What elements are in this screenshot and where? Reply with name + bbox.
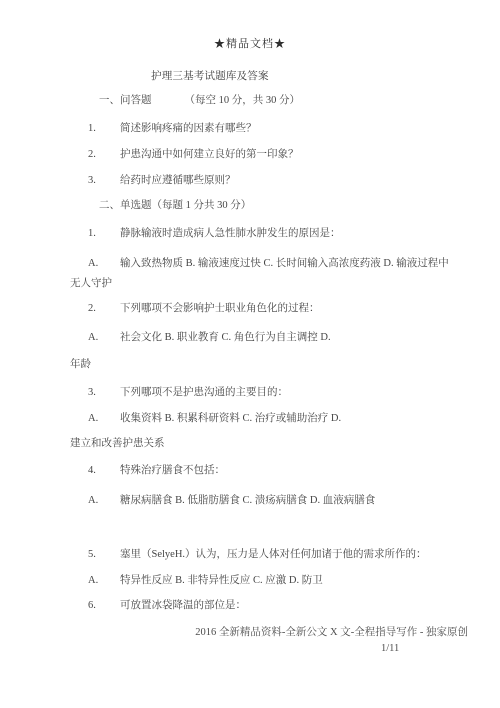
qa-question-3-number: 3. <box>88 174 120 188</box>
mc-question-1-options-continuation: 无人守护 <box>70 277 112 291</box>
mc-question-2-option-label: A. <box>88 331 120 345</box>
mc-question-1-number: 1. <box>88 227 120 241</box>
qa-question-1-number: 1. <box>88 122 120 136</box>
qa-question-2-number: 2. <box>88 148 120 162</box>
page-number: 1/11 <box>381 642 399 656</box>
qa-question-2-text: 护患沟通中如何建立良好的第一印象？ <box>120 149 299 160</box>
mc-question-5: 5.塞里（SelyeH.）认为，压力是人体对任何加诸于他的需求所作的： <box>88 548 427 562</box>
mc-question-2-options: A.社会文化 B. 职业教育 C. 角色行为自主调控 D. <box>88 331 331 345</box>
document-title: 护理三基考试题库及答案 <box>151 70 269 84</box>
mc-question-3-options-continuation: 建立和改善护患关系 <box>70 437 165 451</box>
qa-section-heading-label: 一、问答题 <box>99 95 152 106</box>
mc-question-4: 4.特殊治疗膳食不包括： <box>88 464 225 478</box>
mc-question-2-options-continuation: 年龄 <box>70 358 91 372</box>
qa-section-heading: 一、问答题（每空 10 分，共 30 分） <box>99 94 300 108</box>
watermark-header: ★精品文档★ <box>0 37 500 51</box>
mc-question-2-number: 2. <box>88 302 120 316</box>
mc-question-1-options-text: 输入致热物质 B. 输液速度过快 C. 长时间输入高浓度药液 D. 输液过程中 <box>120 258 449 269</box>
mc-question-2: 2.下列哪项不会影响护士职业角色化的过程： <box>88 302 320 316</box>
mc-question-2-text: 下列哪项不会影响护士职业角色化的过程： <box>120 303 320 314</box>
mc-question-4-options: A.糖尿病膳食 B. 低脂肪膳食 C. 溃疡病膳食 D. 血液病膳食 <box>88 494 375 508</box>
mc-question-3: 3.下列哪项不是护患沟通的主要目的： <box>88 386 288 400</box>
mc-question-1: 1.静脉输液时造成病人急性肺水肿发生的原因是： <box>88 227 341 241</box>
mc-question-5-options: A.特异性反应 B. 非特异性反应 C. 应激 D. 防卫 <box>88 574 323 588</box>
mc-question-5-number: 5. <box>88 548 120 562</box>
mc-question-5-text: 塞里（SelyeH.）认为，压力是人体对任何加诸于他的需求所作的： <box>120 549 427 560</box>
qa-question-2: 2.护患沟通中如何建立良好的第一印象？ <box>88 148 299 162</box>
mc-question-4-option-label: A. <box>88 494 120 508</box>
qa-question-3-text: 给药时应遵循哪些原则？ <box>120 175 236 186</box>
mc-question-5-option-label: A. <box>88 574 120 588</box>
qa-question-3: 3.给药时应遵循哪些原则？ <box>88 174 236 188</box>
mc-question-5-options-text: 特异性反应 B. 非特异性反应 C. 应激 D. 防卫 <box>120 575 323 586</box>
qa-question-1: 1.简述影响疼痛的因素有哪些？ <box>88 122 257 136</box>
mc-question-2-options-text: 社会文化 B. 职业教育 C. 角色行为自主调控 D. <box>120 332 331 343</box>
mc-question-6-number: 6. <box>88 599 120 613</box>
mc-question-3-option-label: A. <box>88 412 120 426</box>
mc-question-3-number: 3. <box>88 386 120 400</box>
mc-section-heading: 二、单选题（每题 1 分共 30 分） <box>99 199 251 213</box>
qa-question-1-text: 简述影响疼痛的因素有哪些？ <box>120 123 257 134</box>
document-page: ★精品文档★ 护理三基考试题库及答案 一、问答题（每空 10 分，共 30 分）… <box>0 0 500 708</box>
mc-question-3-options-text: 收集资料 B. 积累科研资料 C. 治疗或辅助治疗 D. <box>120 413 341 424</box>
mc-question-1-text: 静脉输液时造成病人急性肺水肿发生的原因是： <box>120 228 341 239</box>
mc-question-1-option-label: A. <box>88 257 120 271</box>
mc-question-4-number: 4. <box>88 464 120 478</box>
qa-section-score-note: （每空 10 分，共 30 分） <box>185 95 301 106</box>
footer-credit: 2016 全新精品资料-全新公文 X 文-全程指导写作 - 独家原创 <box>0 626 468 640</box>
mc-question-4-text: 特殊治疗膳食不包括： <box>120 465 225 476</box>
mc-question-6-text: 可放置冰袋降温的部位是： <box>120 600 246 611</box>
mc-question-3-options: A.收集资料 B. 积累科研资料 C. 治疗或辅助治疗 D. <box>88 412 341 426</box>
mc-question-6: 6.可放置冰袋降温的部位是： <box>88 599 246 613</box>
mc-question-1-options: A.输入致热物质 B. 输液速度过快 C. 长时间输入高浓度药液 D. 输液过程… <box>88 257 449 271</box>
mc-question-4-options-text: 糖尿病膳食 B. 低脂肪膳食 C. 溃疡病膳食 D. 血液病膳食 <box>120 495 375 506</box>
mc-question-3-text: 下列哪项不是护患沟通的主要目的： <box>120 387 288 398</box>
